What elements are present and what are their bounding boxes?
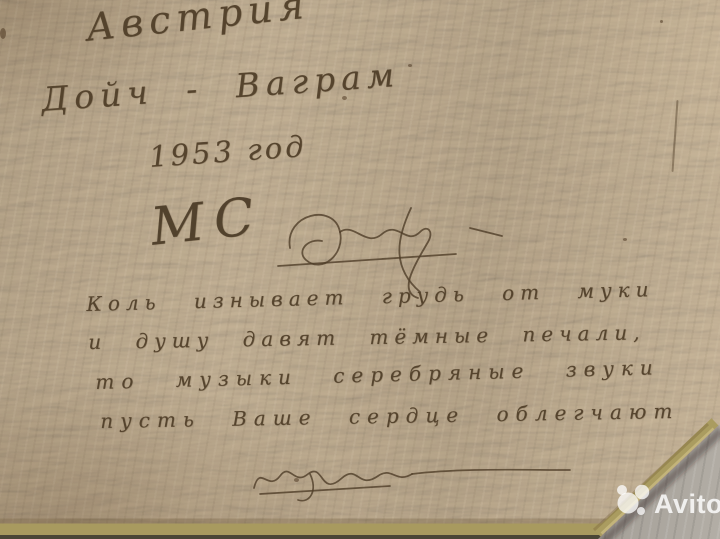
board-speck [294, 478, 299, 482]
avito-watermark: Avito [566, 478, 720, 530]
photo-of-painting-back: Австрия Дойч - Ваграм 1953 год МС Коль и… [0, 0, 720, 539]
board-speck [0, 28, 6, 39]
avito-watermark-text: Avito [654, 489, 720, 520]
signature-scribble [240, 442, 580, 512]
board-speck [660, 20, 663, 23]
avito-logo-icon [566, 478, 650, 530]
board-speck [623, 238, 627, 241]
board-speck [342, 96, 347, 100]
cardboard-panel: Австрия Дойч - Ваграм 1953 год МС Коль и… [0, 0, 720, 539]
board-speck [408, 64, 412, 67]
